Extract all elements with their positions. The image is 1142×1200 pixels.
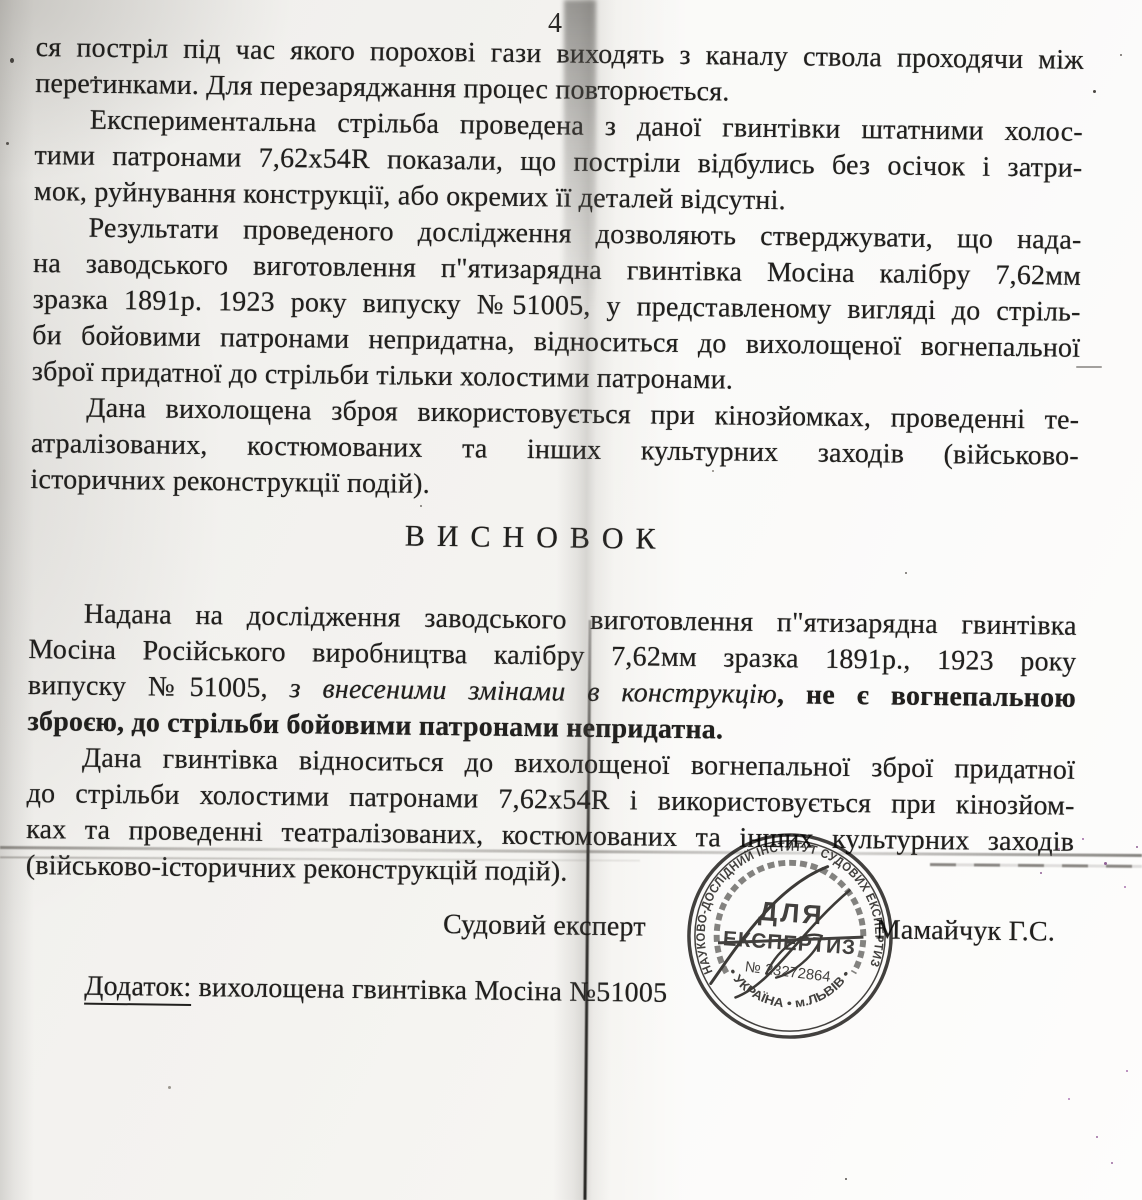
noise-dot-magenta [1068, 1098, 1070, 1100]
paragraph: Результати проведеного дослідження дозво… [32, 210, 1082, 403]
paragraph: Дана вихолощена зброя використовується п… [30, 390, 1079, 511]
noise-dot-magenta [1136, 846, 1138, 848]
noise-dot-magenta [1126, 1070, 1128, 1072]
dust-speck [845, 1178, 847, 1180]
attachment-label: Додаток: [84, 971, 192, 1006]
attachment-text: вихолощена гвинтівка Мосіна №51005 [191, 972, 667, 1009]
attachment-line: Додаток: вихолощена гвинтівка Мосіна №51… [24, 968, 1072, 1017]
noise-dot-magenta [1124, 886, 1126, 888]
dust-speck [168, 1086, 171, 1089]
page-number: 4 [548, 8, 562, 40]
signature-role-label: Судовий експерт [443, 907, 646, 945]
noise-dot-magenta [1104, 862, 1107, 865]
paragraph: ся постріл під час якого порохові гази в… [35, 30, 1084, 115]
text-segment: випуску №51005, [28, 670, 290, 704]
paragraph: Дана гвинтівка відноситься до вихолощено… [26, 740, 1076, 897]
noise-dot-magenta [1096, 1136, 1098, 1138]
dust-speck [10, 58, 14, 63]
paragraph: Надана на дослідження заводського вигото… [27, 596, 1077, 753]
noise-dot-magenta [1111, 1162, 1113, 1164]
dust-speck [6, 142, 9, 145]
text-segment-italic: з внесеними змінами в конструкцію [289, 673, 777, 710]
dust-speck [1093, 90, 1096, 93]
official-stamp: НАУКОВО-ДОСЛІДНИЙ ІНСТИТУТ СУДОВИХ ЕКСПЕ… [681, 827, 899, 1045]
scanned-document-page: { "document": { "page_number": "4", "bod… [0, 0, 1142, 1200]
document-text-block: ся постріл під час якого порохові гази в… [24, 30, 1084, 1017]
signature-name: Мамайчук Г.С. [876, 912, 1056, 950]
text-segment-bold: , не є вогнепальною [777, 679, 1076, 714]
signature-row: Судовий експерт Мамайчук Г.С. [25, 902, 1073, 955]
dust-speck [1120, 54, 1122, 56]
paragraph: Експериментальна стрільба проведена з да… [34, 102, 1083, 223]
noise-dot-magenta [1082, 838, 1084, 840]
section-heading-conclusion: ВИСНОВОК [30, 514, 1078, 569]
